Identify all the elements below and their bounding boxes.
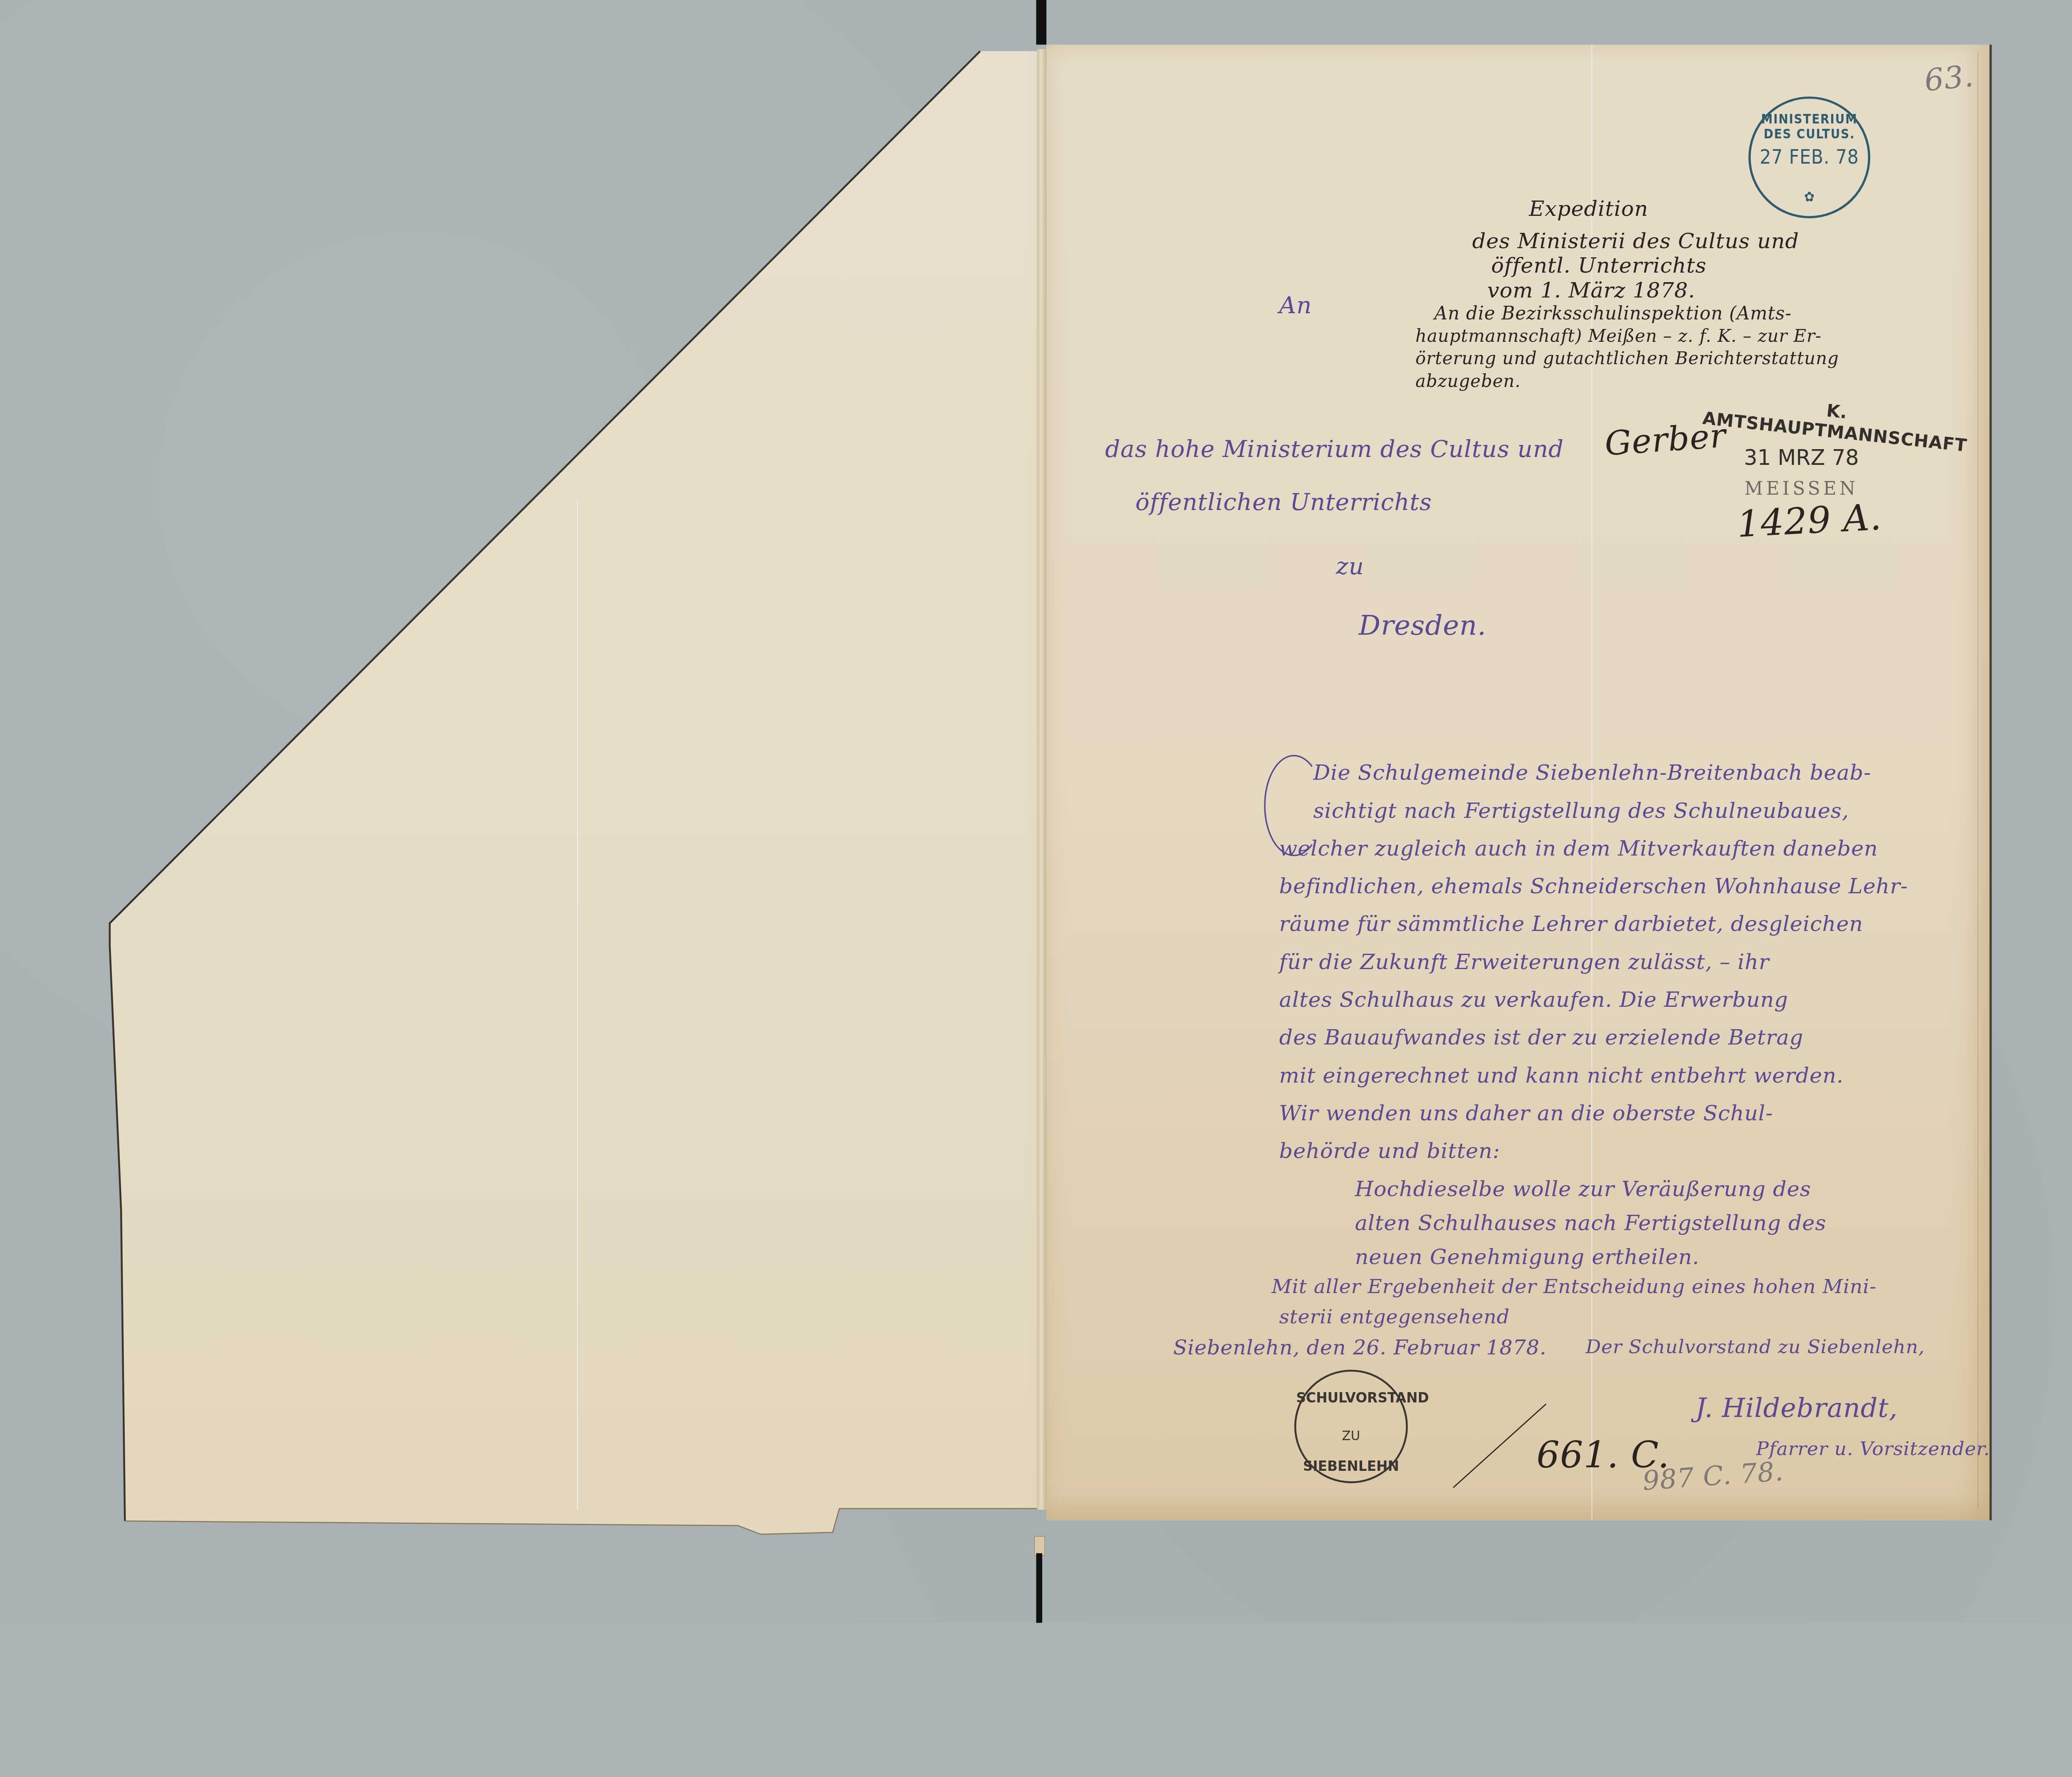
ministerium-stamp: MINISTERIUM DES CULTUS. 27 FEB. 78 ✿	[1748, 97, 1870, 218]
body-line-6: für die Zukunft Erweiterungen zulässt, –…	[1279, 950, 1769, 974]
document-scan: S. 249. 63. MINISTERIUM DES CULTUS. 27 F…	[0, 0, 2072, 1623]
ministry-note-line-8: abzugeben.	[1416, 371, 1521, 391]
ministerium-stamp-date: 27 FEB. 78	[1760, 146, 1859, 169]
ministry-note-line-6: hauptmannschaft) Meißen – z. f. K. – zur…	[1416, 325, 1822, 346]
body-line-3: welcher zugleich auch in dem Mitverkauft…	[1279, 836, 1878, 861]
spine-fold	[1037, 49, 1048, 1510]
address-recipient-line-2: öffentlichen Unterrichts	[1135, 488, 1432, 516]
amtshauptmannschaft-stamp-date: 31 MRZ 78	[1703, 446, 1900, 470]
signature-hildebrandt: J. Hildebrandt,	[1695, 1393, 1898, 1424]
ministry-note-line-2: des Ministerii des Cultus und	[1472, 229, 1799, 254]
binding-strip-bottom	[1036, 1553, 1042, 1623]
body-line-7: altes Schulhaus zu verkaufen. Die Erwerb…	[1279, 988, 1789, 1012]
signature-title: Pfarrer u. Vorsitzender.	[1756, 1438, 1990, 1460]
left-folded-leaf	[0, 0, 1048, 1623]
body-line-9: mit eingerechnet und kann nicht entbehrt…	[1279, 1063, 1844, 1088]
address-recipient-line-1: das hohe Ministerium des Cultus und	[1105, 435, 1564, 463]
binding-strip-top	[1036, 0, 1046, 45]
sender-line: Der Schulvorstand zu Siebenlehn,	[1585, 1336, 1924, 1358]
address-preposition: zu	[1336, 552, 1364, 580]
schulvorstand-stamp: SCHULVORSTAND ZU SIEBENLEHN	[1294, 1370, 1408, 1483]
schulvorstand-stamp-mid: ZU	[1296, 1428, 1406, 1443]
schulvorstand-stamp-bottom: SIEBENLEHN	[1296, 1459, 1406, 1474]
body-line-1: Die Schulgemeinde Siebenlehn-Breitenbach…	[1313, 761, 1871, 785]
closing-line-2: sterii entgegensehend	[1279, 1306, 1510, 1328]
ministerium-stamp-ring-text: MINISTERIUM DES CULTUS.	[1751, 111, 1868, 142]
body-line-10: Wir wenden uns daher an die oberste Schu…	[1279, 1101, 1773, 1126]
file-number: 1429 A.	[1736, 496, 1882, 545]
body-line-8: des Bauaufwandes ist der zu erzielende B…	[1279, 1025, 1803, 1050]
ministry-note-line-1: Expedition	[1529, 197, 1648, 221]
address-city: Dresden.	[1359, 609, 1486, 641]
page-edge-rule	[1978, 52, 1978, 1509]
ministry-note-line-3: öffentl. Unterrichts	[1491, 254, 1706, 278]
request-line-3: neuen Genehmigung ertheilen.	[1355, 1245, 1699, 1269]
amtshauptmannschaft-stamp: K. AMTSHAUPTMANNSCHAFT 31 MRZ 78 MEISSEN	[1703, 401, 1900, 499]
body-line-11: behörde und bitten:	[1279, 1139, 1500, 1163]
request-line-1: Hochdieselbe wolle zur Veräußerung des	[1355, 1177, 1811, 1201]
ministry-note-line-4: vom 1. März 1878.	[1487, 278, 1695, 302]
request-line-2: alten Schulhauses nach Fertigstellung de…	[1355, 1211, 1826, 1235]
fold-crease-left	[577, 499, 579, 1509]
place-date: Siebenlehn, den 26. Februar 1878.	[1173, 1336, 1547, 1360]
flower-ornament-icon: ✿	[1751, 189, 1868, 205]
address-salutation: An	[1279, 291, 1312, 319]
schulvorstand-stamp-top: SCHULVORSTAND	[1296, 1390, 1406, 1406]
ministry-note-line-5: An die Bezirksschulinspektion (Amts-	[1434, 303, 1791, 324]
closing-line-1: Mit aller Ergebenheit der Entscheidung e…	[1271, 1275, 1876, 1298]
folio-number: 63.	[1923, 58, 1975, 98]
body-line-5: räume für sämmtliche Lehrer darbietet, d…	[1279, 912, 1863, 936]
body-line-2: sichtigt nach Fertigstellung des Schulne…	[1313, 798, 1849, 823]
ministry-note-line-7: örterung und gutachtlichen Berichterstat…	[1416, 348, 1839, 368]
body-line-4: befindlichen, ehemals Schneiderschen Woh…	[1279, 874, 1908, 899]
